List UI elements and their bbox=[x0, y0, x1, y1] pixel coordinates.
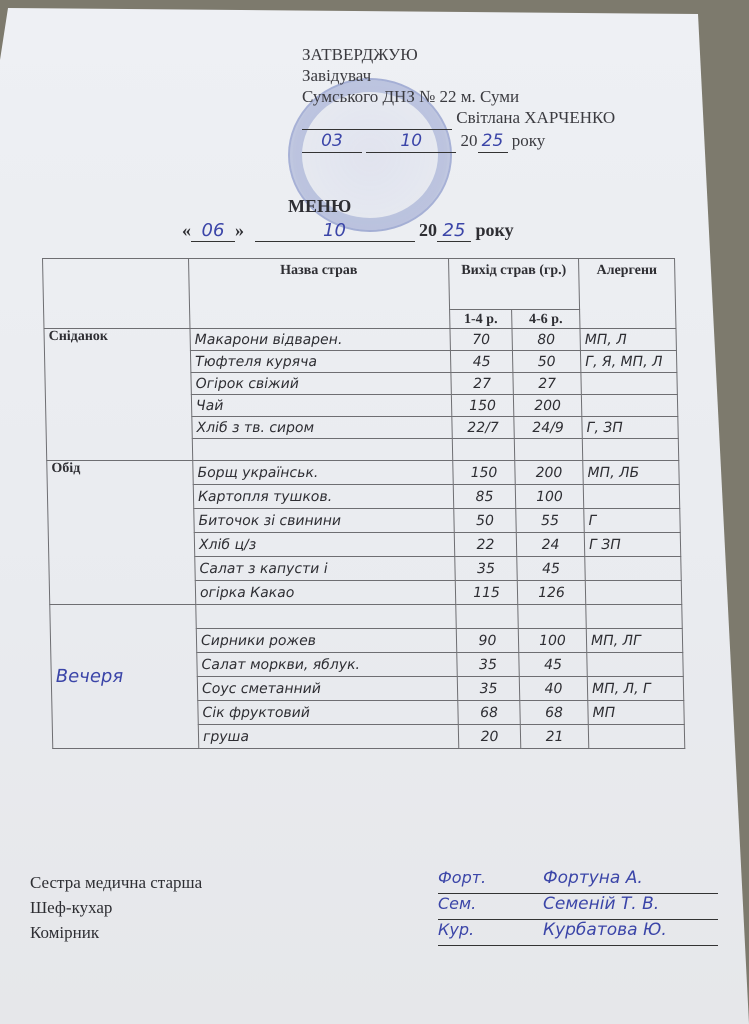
allergens: Г ЗП bbox=[584, 533, 681, 557]
signature-line-chef: Сем. Семеній Т. В. bbox=[438, 894, 718, 920]
allergens bbox=[585, 557, 682, 581]
yield-4-6: 55 bbox=[516, 509, 585, 533]
signature-mark: Форт. bbox=[438, 868, 486, 887]
approval-signature-mark bbox=[302, 108, 452, 130]
approval-year-word: року bbox=[512, 131, 546, 150]
yield-4-6: 80 bbox=[512, 329, 580, 351]
dish-name: Салат з капусти і bbox=[195, 557, 456, 581]
yield-1-4 bbox=[452, 439, 514, 461]
yield-header: Вихід страв (гр.) bbox=[449, 259, 580, 310]
yield-4-6: 45 bbox=[519, 653, 588, 677]
yield-1-4: 70 bbox=[450, 329, 512, 351]
role-nurse: Сестра медична старша bbox=[30, 870, 202, 895]
allergens bbox=[582, 439, 678, 461]
allergens: МП, Л, Г bbox=[587, 677, 684, 701]
dish-name bbox=[196, 605, 457, 629]
allergens bbox=[581, 395, 677, 417]
allergens bbox=[581, 373, 677, 395]
role-chef: Шеф-кухар bbox=[30, 895, 202, 920]
menu-table: Назва страв Вихід страв (гр.) Алергени 1… bbox=[42, 258, 685, 749]
yield-4-6: 100 bbox=[518, 629, 587, 653]
yield-4-6: 68 bbox=[520, 701, 589, 725]
yield-4-6: 200 bbox=[515, 461, 584, 485]
yield-1-4: 22/7 bbox=[452, 417, 514, 439]
allergens bbox=[585, 581, 682, 605]
signature-mark: Сем. bbox=[438, 894, 476, 913]
yield-4-6 bbox=[514, 439, 582, 461]
dish-name: Хліб ц/з bbox=[194, 533, 455, 557]
close-quote: » bbox=[235, 220, 244, 240]
table-row: СніданокМакарони відварен.7080МП, Л bbox=[44, 329, 676, 351]
yield-1-4: 150 bbox=[453, 461, 516, 485]
yield-1-4: 68 bbox=[458, 701, 521, 725]
yield-1-4: 150 bbox=[451, 395, 513, 417]
yield-1-4: 20 bbox=[458, 725, 521, 749]
dish-name: Борщ українськ. bbox=[193, 461, 454, 485]
table-row: ОбідБорщ українськ.150200МП, ЛБ bbox=[47, 461, 680, 485]
yield-1-4: 115 bbox=[455, 581, 518, 605]
dish-name bbox=[192, 439, 452, 461]
signature-mark: Кур. bbox=[438, 920, 474, 939]
role-storekeeper: Комірник bbox=[30, 920, 202, 945]
approval-date-day: 03 bbox=[302, 131, 362, 153]
allergens: МП bbox=[588, 701, 685, 725]
yield-1-4: 35 bbox=[457, 677, 520, 701]
age-1-4-header: 1-4 р. bbox=[450, 310, 512, 329]
dish-header: Назва страв bbox=[189, 259, 450, 329]
yield-4-6: 24/9 bbox=[514, 417, 582, 439]
approval-signer-line: Світлана ХАРЧЕНКО bbox=[302, 107, 615, 130]
allergens: МП, ЛБ bbox=[583, 461, 680, 485]
yield-1-4: 85 bbox=[453, 485, 516, 509]
signature-name: Семеній Т. В. bbox=[543, 894, 659, 914]
dish-name: Сирники рожев bbox=[196, 629, 457, 653]
yield-1-4: 90 bbox=[456, 629, 519, 653]
yield-4-6 bbox=[518, 605, 587, 629]
dish-name: огірка Какао bbox=[195, 581, 456, 605]
table-row: Вечеря bbox=[50, 605, 683, 629]
approval-heading: ЗАТВЕРДЖУЮ bbox=[302, 44, 615, 65]
approval-date-month: 10 bbox=[366, 131, 456, 153]
signature-name: Курбатова Ю. bbox=[543, 920, 667, 940]
allergens: Г bbox=[584, 509, 681, 533]
menu-year-prefix: 20 bbox=[419, 220, 437, 240]
menu-year-word: року bbox=[476, 220, 514, 240]
dish-name: груша bbox=[198, 725, 459, 749]
open-quote: « bbox=[182, 220, 191, 240]
signature-line-nurse: Форт. Фортуна А. bbox=[438, 868, 718, 894]
dish-name: Макарони відварен. bbox=[190, 329, 450, 351]
dish-name: Огірок свіжий bbox=[191, 373, 451, 395]
allergens: МП, Л bbox=[580, 329, 676, 351]
yield-4-6: 21 bbox=[520, 725, 589, 749]
dish-name: Биточок зі свинини bbox=[194, 509, 455, 533]
yield-4-6: 50 bbox=[512, 351, 580, 373]
yield-4-6: 40 bbox=[519, 677, 588, 701]
dish-name: Сік фруктовий bbox=[198, 701, 459, 725]
allergens: Г, Я, МП, Л bbox=[580, 351, 676, 373]
signature-line-storekeeper: Кур. Курбатова Ю. bbox=[438, 920, 718, 946]
meal-name: Сніданок bbox=[44, 329, 193, 461]
yield-1-4: 35 bbox=[457, 653, 520, 677]
menu-date-day: 06 bbox=[191, 220, 235, 242]
dish-name: Чай bbox=[191, 395, 451, 417]
allergens-header: Алергени bbox=[579, 259, 676, 329]
yield-4-6: 27 bbox=[513, 373, 581, 395]
yield-1-4 bbox=[456, 605, 519, 629]
approval-institution: Сумського ДНЗ № 22 м. Суми bbox=[302, 86, 615, 107]
menu-table-body: СніданокМакарони відварен.7080МП, ЛТюфте… bbox=[44, 329, 685, 749]
signature-roles: Сестра медична старша Шеф-кухар Комірник bbox=[30, 870, 202, 945]
allergens bbox=[587, 653, 684, 677]
approval-block: ЗАТВЕРДЖУЮ Завідувач Сумського ДНЗ № 22 … bbox=[302, 44, 615, 153]
approval-year-prefix: 20 bbox=[461, 131, 478, 150]
approval-year-suffix: 25 bbox=[478, 131, 508, 153]
dish-name: Тюфтеля куряча bbox=[190, 351, 450, 373]
dish-name: Соус сметанний bbox=[197, 677, 458, 701]
menu-title: МЕНЮ bbox=[288, 196, 351, 217]
dish-name: Хліб з тв. сиром bbox=[192, 417, 452, 439]
menu-date-month: 10 bbox=[255, 220, 415, 242]
dish-name: Салат моркви, яблук. bbox=[197, 653, 458, 677]
menu-year-suffix: 25 bbox=[437, 220, 471, 242]
allergens bbox=[583, 485, 680, 509]
menu-date-line: «06» 10 2025 року bbox=[182, 220, 514, 242]
yield-4-6: 45 bbox=[517, 557, 586, 581]
dish-name: Картопля тушков. bbox=[193, 485, 454, 509]
meal-name: Вечеря bbox=[50, 605, 199, 749]
yield-1-4: 45 bbox=[450, 351, 512, 373]
approval-position: Завідувач bbox=[302, 65, 615, 86]
yield-1-4: 35 bbox=[455, 557, 518, 581]
allergens: МП, ЛГ bbox=[586, 629, 683, 653]
meal-header-cell bbox=[43, 259, 190, 329]
yield-4-6: 24 bbox=[516, 533, 585, 557]
yield-1-4: 50 bbox=[454, 509, 517, 533]
yield-4-6: 126 bbox=[517, 581, 586, 605]
signature-name: Фортуна А. bbox=[543, 868, 643, 888]
signature-lines: Форт. Фортуна А. Сем. Семеній Т. В. Кур.… bbox=[438, 868, 718, 946]
approval-date-line: 03 10 2025 року bbox=[302, 130, 615, 153]
approval-signer-name: Світлана ХАРЧЕНКО bbox=[456, 108, 615, 127]
allergens: Г, ЗП bbox=[582, 417, 678, 439]
yield-1-4: 22 bbox=[454, 533, 517, 557]
yield-4-6: 200 bbox=[513, 395, 581, 417]
meal-name: Обід bbox=[47, 461, 196, 605]
allergens bbox=[588, 725, 685, 749]
allergens bbox=[586, 605, 683, 629]
age-4-6-header: 4-6 р. bbox=[512, 310, 580, 329]
yield-4-6: 100 bbox=[515, 485, 584, 509]
yield-1-4: 27 bbox=[451, 373, 513, 395]
